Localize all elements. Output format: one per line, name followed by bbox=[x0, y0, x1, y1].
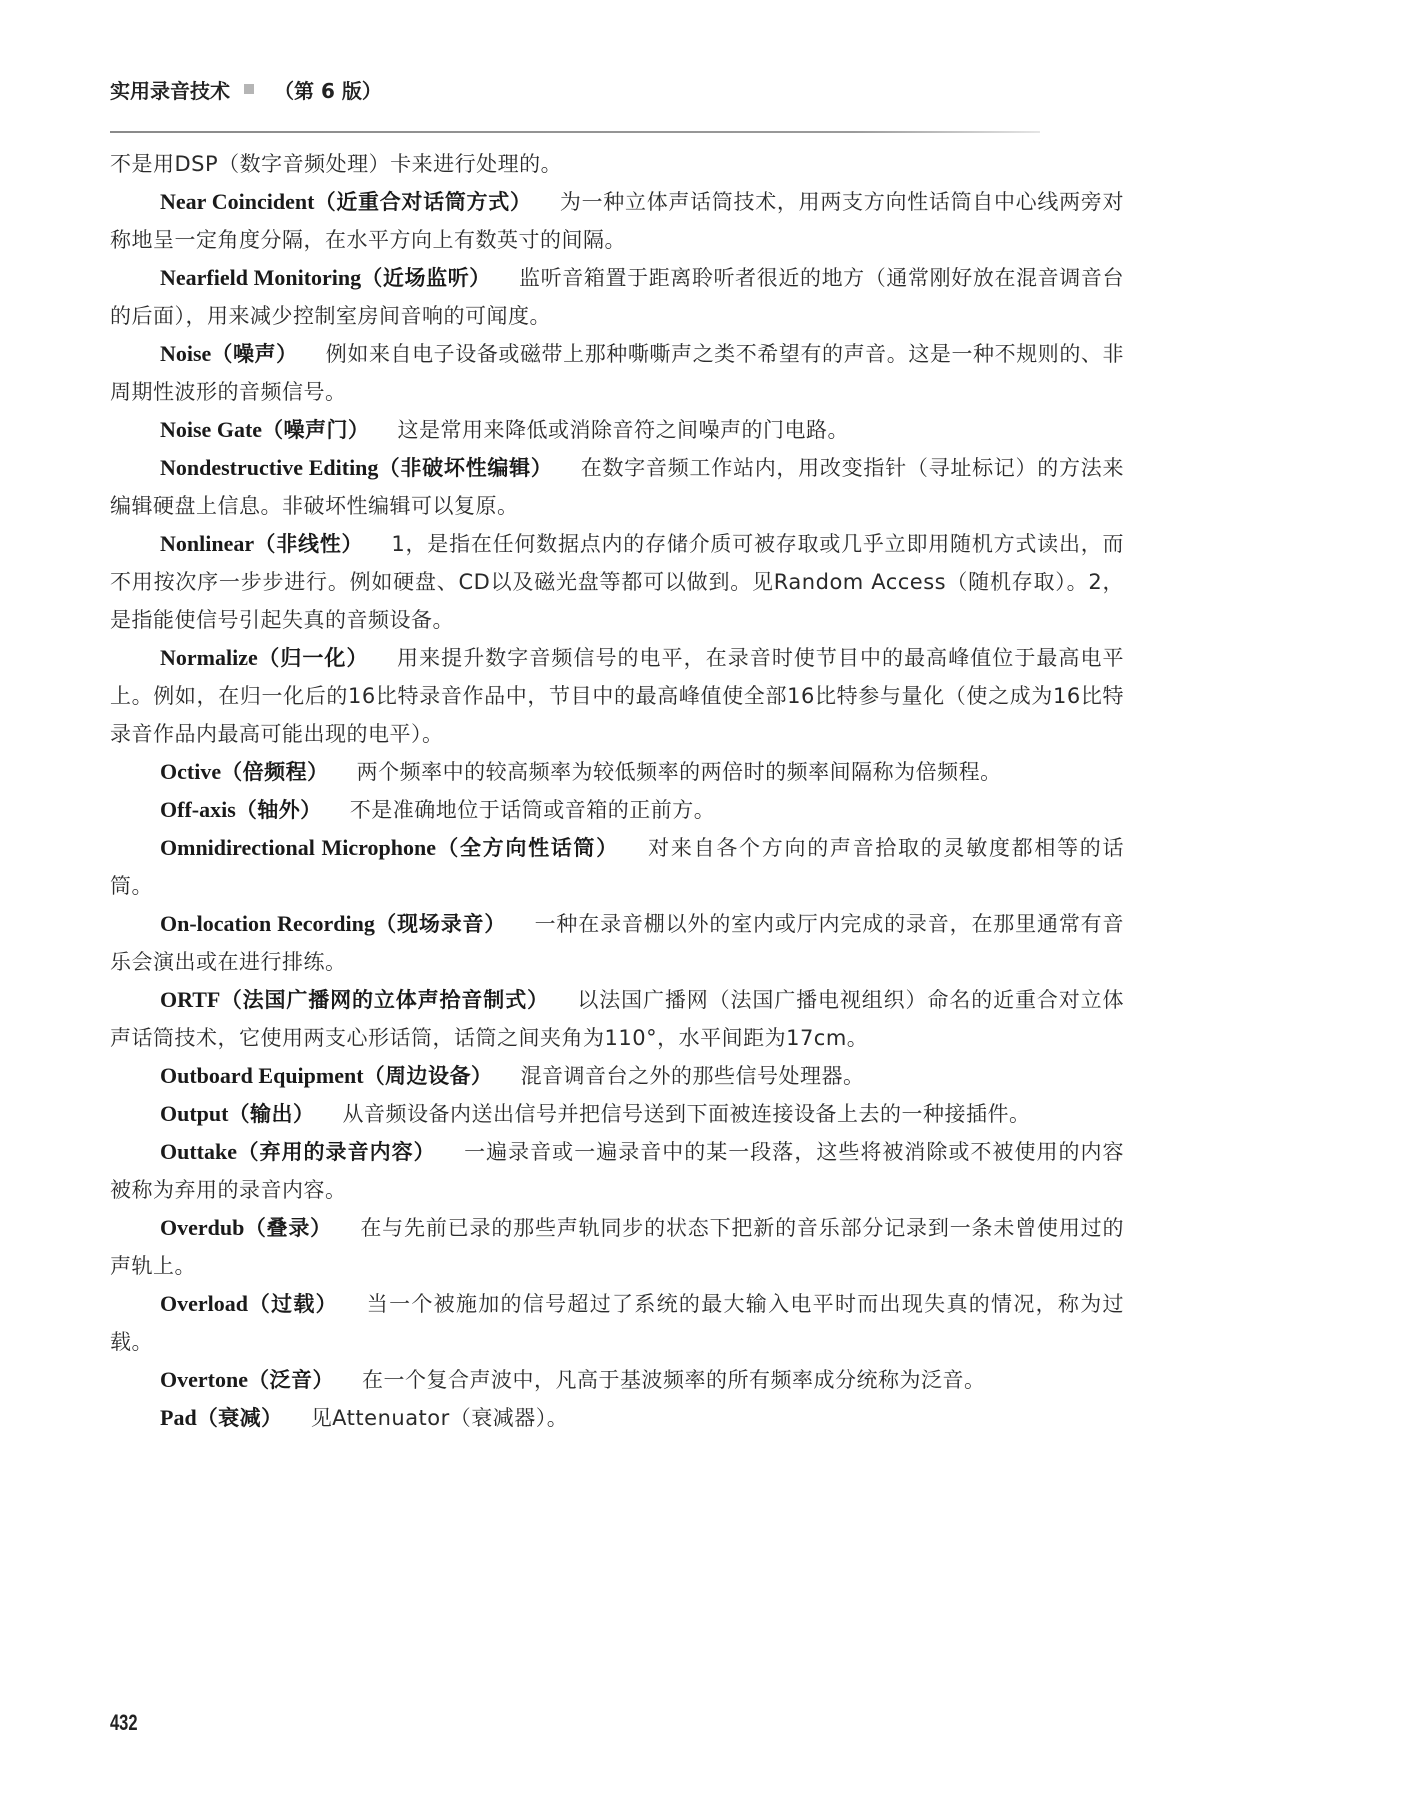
entry-definition: 在一个复合声波中，凡高于基波频率的所有频率成分统称为泛音。 bbox=[362, 1368, 986, 1392]
entry-definition: 这是常用来降低或消除音符之间噪声的门电路。 bbox=[398, 418, 850, 442]
entry-term-chinese: （现场录音） bbox=[375, 912, 506, 936]
entry-term: Overload bbox=[160, 1291, 248, 1316]
separator-square-icon bbox=[244, 84, 254, 94]
entry-term: Overtone bbox=[160, 1367, 248, 1392]
glossary-entry: Nondestructive Editing（非破坏性编辑）在数字音频工作站内，… bbox=[110, 449, 1124, 525]
book-title: 实用录音技术 bbox=[110, 75, 230, 104]
glossary-entry: Noise（噪声）例如来自电子设备或磁带上那种嘶嘶声之类不希望有的声音。这是一种… bbox=[110, 335, 1124, 411]
entry-term-chinese: （过载） bbox=[248, 1292, 338, 1316]
glossary-entry: Noise Gate（噪声门）这是常用来降低或消除音符之间噪声的门电路。 bbox=[110, 411, 1124, 449]
entry-term-chinese: （归一化） bbox=[258, 646, 369, 670]
entry-term-chinese: （叠录） bbox=[244, 1216, 332, 1240]
entry-term: Omnidirectional Microphone bbox=[160, 835, 436, 860]
entry-term: Noise bbox=[160, 341, 211, 366]
entry-term: Noise Gate bbox=[160, 417, 262, 442]
entry-term-chinese: （非线性） bbox=[254, 532, 363, 556]
entry-term: Overdub bbox=[160, 1215, 244, 1240]
running-header: 实用录音技术 （第 6 版） bbox=[110, 74, 382, 104]
entry-term: Octive bbox=[160, 759, 221, 784]
entry-definition: 混音调音台之外的那些信号处理器。 bbox=[521, 1064, 865, 1088]
glossary-entry: Off-axis（轴外）不是准确地位于话筒或音箱的正前方。 bbox=[110, 791, 1124, 829]
entry-term: Normalize bbox=[160, 645, 258, 670]
edition-label: （第 6 版） bbox=[274, 75, 382, 104]
glossary-entry: Overload（过载）当一个被施加的信号超过了系统的最大输入电平时而出现失真的… bbox=[110, 1285, 1124, 1361]
glossary-entry: Pad（衰减）见Attenuator（衰减器）。 bbox=[110, 1399, 1124, 1437]
entry-term-chinese: （输出） bbox=[228, 1102, 314, 1126]
entry-term: Outtake bbox=[160, 1139, 237, 1164]
entry-definition: 见Attenuator（衰减器）。 bbox=[311, 1406, 569, 1430]
glossary-entry: Omnidirectional Microphone（全方向性话筒）对来自各个方… bbox=[110, 829, 1124, 905]
glossary-entries: Near Coincident（近重合对话筒方式）为一种立体声话筒技术，用两支方… bbox=[110, 183, 1124, 1437]
entry-definition: 不是准确地位于话筒或音箱的正前方。 bbox=[350, 798, 716, 822]
page-number: 432 bbox=[110, 1710, 138, 1736]
glossary-body: 不是用DSP（数字音频处理）卡来进行处理的。 Near Coincident（近… bbox=[110, 145, 1124, 1437]
entry-definition: 从音频设备内送出信号并把信号送到下面被连接设备上去的一种接插件。 bbox=[342, 1102, 1030, 1126]
entry-term: Nearfield Monitoring bbox=[160, 265, 361, 290]
entry-term: Nondestructive Editing bbox=[160, 455, 378, 480]
glossary-entry: Output（输出）从音频设备内送出信号并把信号送到下面被连接设备上去的一种接插… bbox=[110, 1095, 1124, 1133]
entry-term-chinese: （非破坏性编辑） bbox=[378, 456, 552, 480]
entry-term-chinese: （近场监听） bbox=[361, 266, 491, 290]
entry-term-chinese: （轴外） bbox=[236, 798, 322, 822]
entry-term-chinese: （周边设备） bbox=[364, 1064, 493, 1088]
entry-term: Outboard Equipment bbox=[160, 1063, 364, 1088]
glossary-entry: Outboard Equipment（周边设备）混音调音台之外的那些信号处理器。 bbox=[110, 1057, 1124, 1095]
entry-term: Off-axis bbox=[160, 797, 236, 822]
entry-term-chinese: （法国广播网的立体声拾音制式） bbox=[220, 988, 549, 1012]
glossary-entry: Overtone（泛音）在一个复合声波中，凡高于基波频率的所有频率成分统称为泛音… bbox=[110, 1361, 1124, 1399]
header-rule bbox=[110, 131, 1040, 133]
entry-term-chinese: （噪声门） bbox=[262, 418, 370, 442]
entry-term-chinese: （噪声） bbox=[211, 342, 297, 366]
glossary-entry: ORTF（法国广播网的立体声拾音制式）以法国广播网（法国广播电视组织）命名的近重… bbox=[110, 981, 1124, 1057]
glossary-entry: Octive（倍频程）两个频率中的较高频率为较低频率的两倍时的频率间隔称为倍频程… bbox=[110, 753, 1124, 791]
entry-term-chinese: （近重合对话筒方式） bbox=[314, 190, 531, 214]
glossary-entry: Normalize（归一化）用来提升数字音频信号的电平，在录音时使节目中的最高峰… bbox=[110, 639, 1124, 753]
entry-term: Nonlinear bbox=[160, 531, 254, 556]
glossary-entry: Outtake（弃用的录音内容）一遍录音或一遍录音中的某一段落，这些将被消除或不… bbox=[110, 1133, 1124, 1209]
glossary-entry: Overdub（叠录）在与先前已录的那些声轨同步的状态下把新的音乐部分记录到一条… bbox=[110, 1209, 1124, 1285]
glossary-entry: Nearfield Monitoring（近场监听）监听音箱置于距离聆听者很近的… bbox=[110, 259, 1124, 335]
entry-term: Pad bbox=[160, 1405, 197, 1430]
entry-term-chinese: （衰减） bbox=[197, 1406, 283, 1430]
entry-term: Near Coincident bbox=[160, 189, 314, 214]
continuation-text: 不是用DSP（数字音频处理）卡来进行处理的。 bbox=[110, 145, 1124, 183]
glossary-entry: On-location Recording（现场录音）一种在录音棚以外的室内或厅… bbox=[110, 905, 1124, 981]
entry-term: On-location Recording bbox=[160, 911, 375, 936]
glossary-entry: Nonlinear（非线性）1，是指在任何数据点内的存储介质可被存取或几乎立即用… bbox=[110, 525, 1124, 639]
entry-term: ORTF bbox=[160, 987, 220, 1012]
entry-term: Output bbox=[160, 1101, 228, 1126]
entry-term-chinese: （弃用的录音内容） bbox=[237, 1140, 436, 1164]
glossary-entry: Near Coincident（近重合对话筒方式）为一种立体声话筒技术，用两支方… bbox=[110, 183, 1124, 259]
entry-term-chinese: （泛音） bbox=[248, 1368, 334, 1392]
entry-term-chinese: （全方向性话筒） bbox=[436, 836, 619, 860]
entry-term-chinese: （倍频程） bbox=[221, 760, 329, 784]
entry-definition: 两个频率中的较高频率为较低频率的两倍时的频率间隔称为倍频程。 bbox=[357, 760, 1002, 784]
